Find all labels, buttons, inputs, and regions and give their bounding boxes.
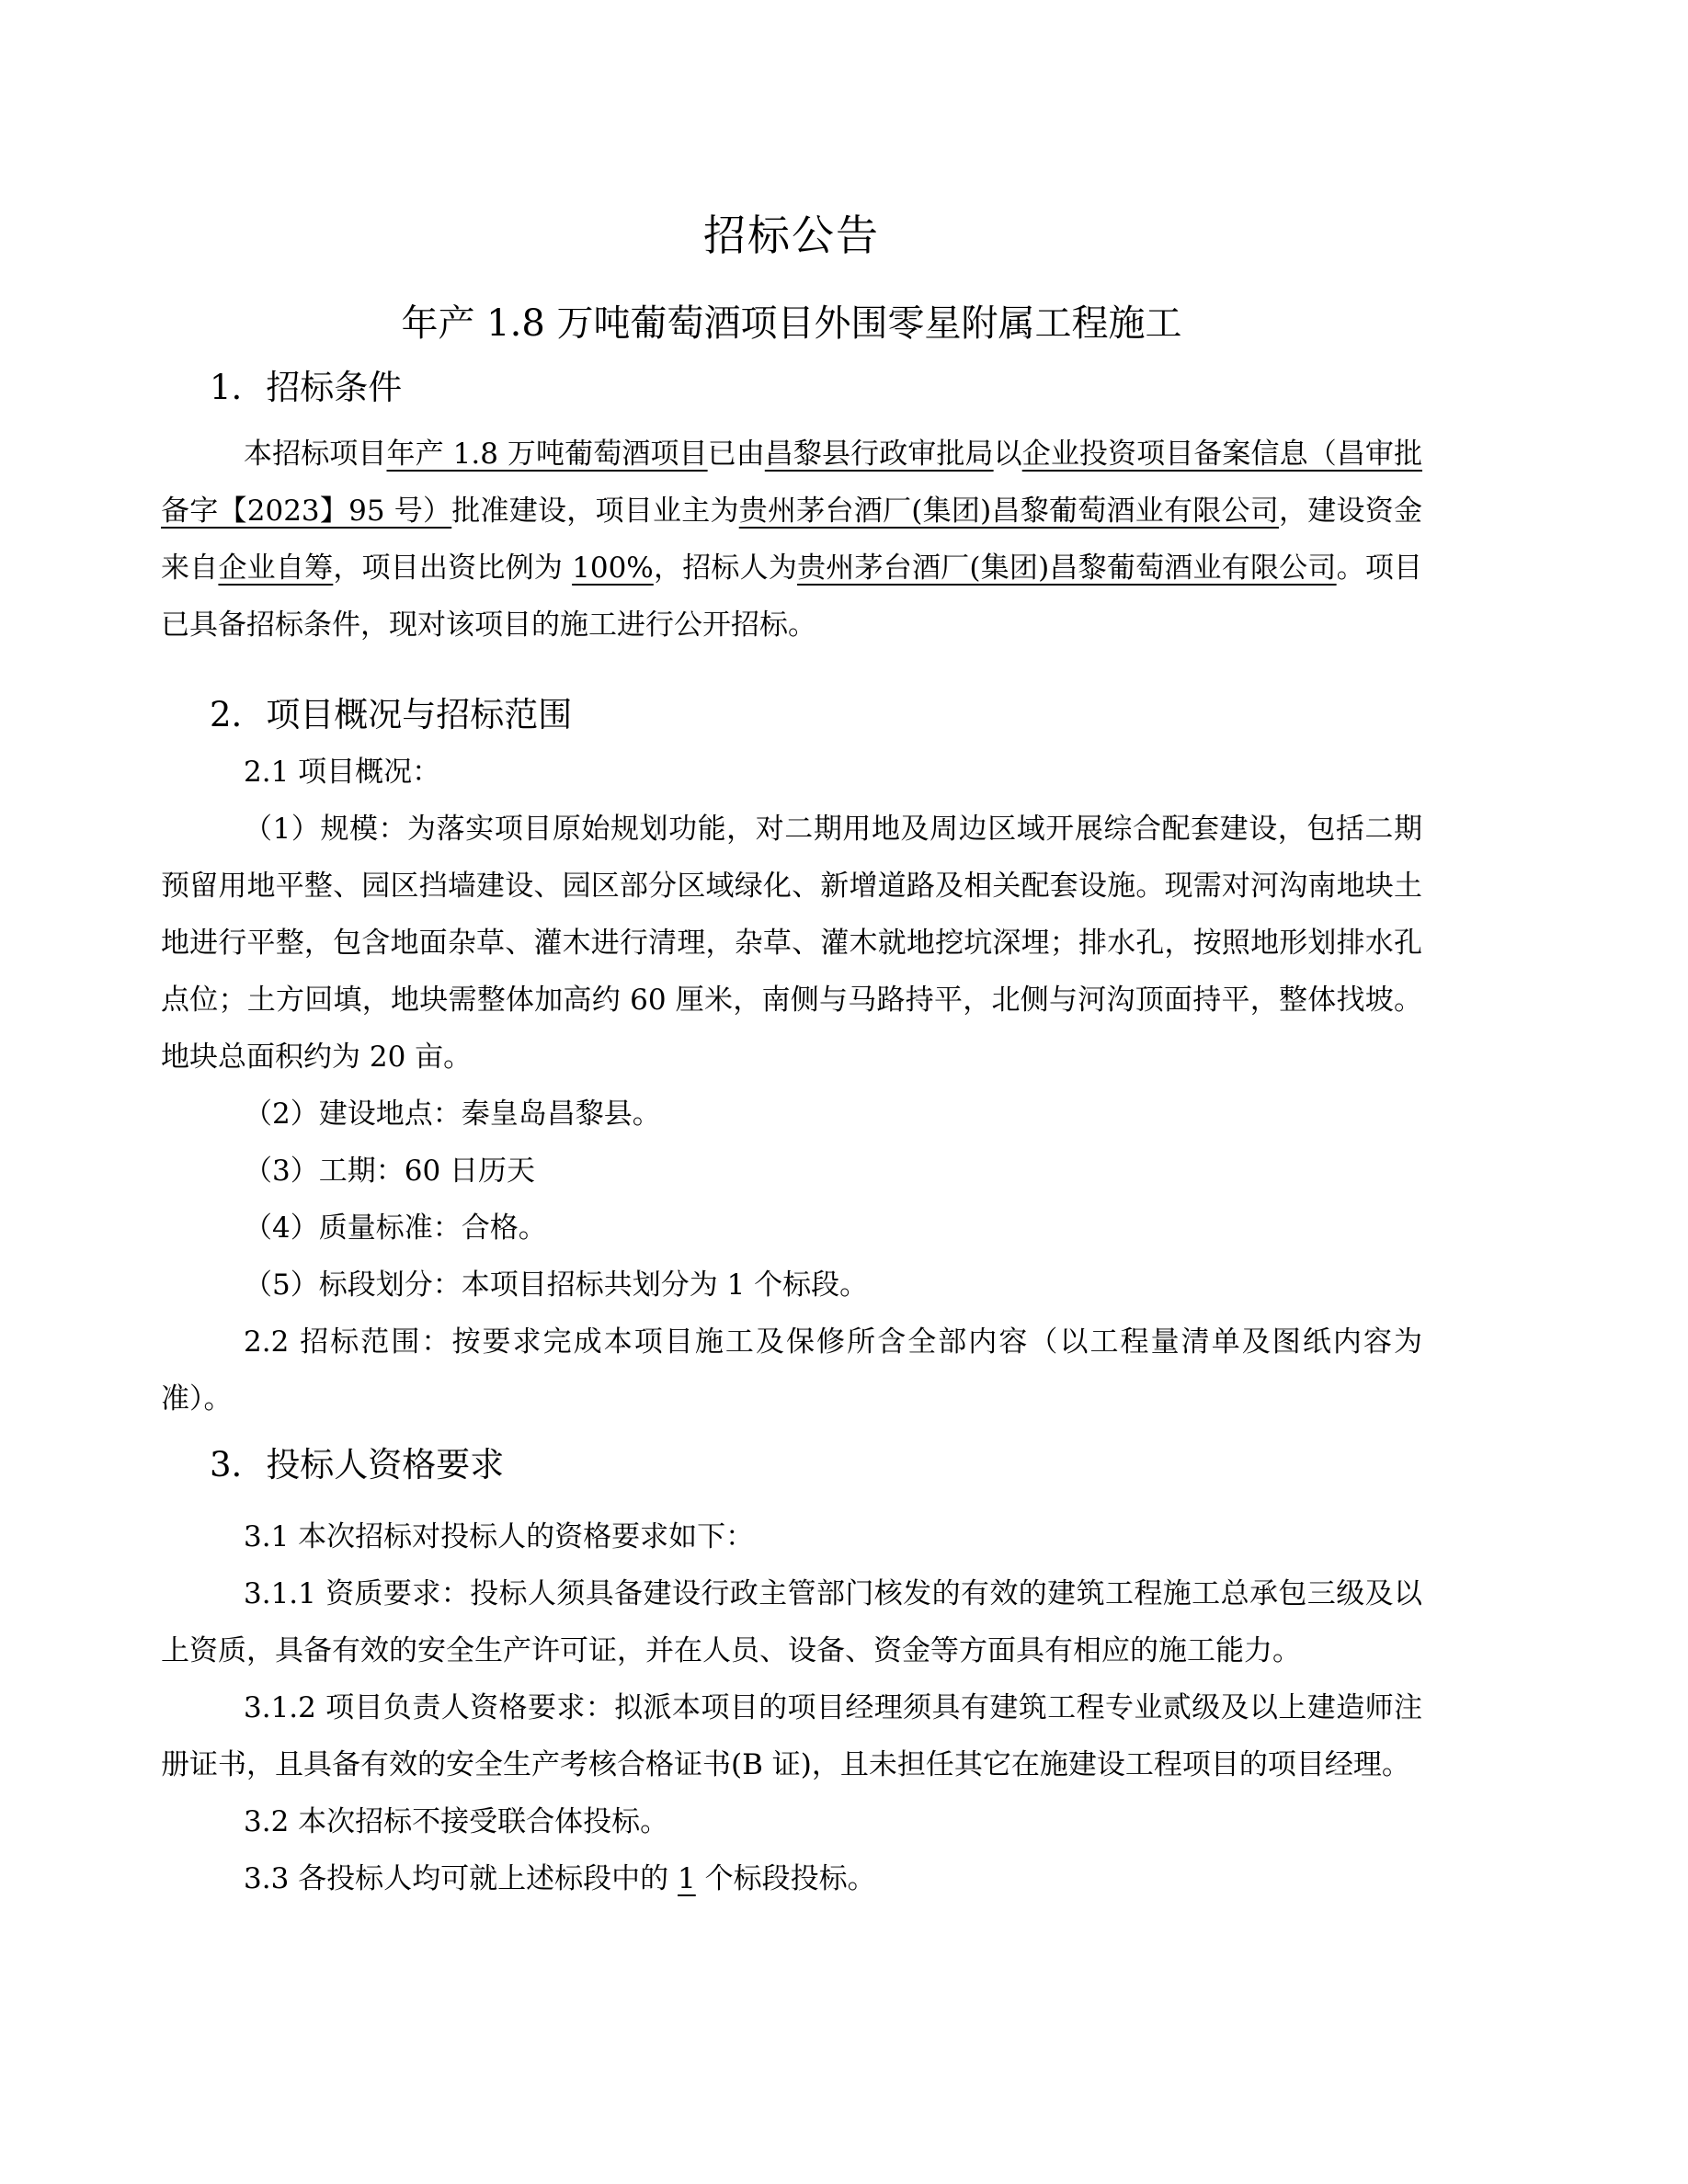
para-3-2-no-consortium: 3.2 本次招标不接受联合体投标。 [161, 1793, 1422, 1850]
para-2-1-overview-label: 2.1 项目概况： [161, 744, 1422, 801]
para-3-1-2-project-manager: 3.1.2 项目负责人资格要求：拟派本项目的项目经理须具有建筑工程专业贰级及以上… [161, 1679, 1422, 1793]
para-3-1-requirements-intro: 3.1 本次招标对投标人的资格要求如下： [161, 1508, 1422, 1565]
para-3-1-1-qualification: 3.1.1 资质要求：投标人须具备建设行政主管部门核发的有效的建筑工程施工总承包… [161, 1565, 1422, 1679]
section-2-heading: 2.项目概况与招标范围 [161, 687, 1422, 744]
section-1-title: 招标条件 [266, 368, 402, 407]
section-2-title: 项目概况与招标范围 [266, 695, 572, 734]
section-3-heading: 3.投标人资格要求 [161, 1437, 1422, 1494]
para-location: （2）建设地点：秦皇岛昌黎县。 [161, 1086, 1422, 1143]
para-3-3-bid-lots: 3.3 各投标人均可就上述标段中的 1 个标段投标。 [161, 1850, 1422, 1907]
document-page: 招标公告 年产 1.8 万吨葡萄酒项目外围零星附属工程施工 1.招标条件 本招标… [0, 0, 1688, 2184]
section-3-title: 投标人资格要求 [266, 1445, 504, 1484]
para-quality: （4）质量标准：合格。 [161, 1200, 1422, 1257]
para-duration: （3）工期：60 日历天 [161, 1143, 1422, 1200]
section-1-number: 1. [210, 359, 242, 416]
doc-subtitle: 年产 1.8 万吨葡萄酒项目外围零星附属工程施工 [161, 295, 1422, 352]
doc-title: 招标公告 [161, 207, 1422, 264]
para-lot-division: （5）标段划分：本项目招标共划分为 1 个标段。 [161, 1257, 1422, 1314]
para-tender-conditions: 本招标项目年产 1.8 万吨葡萄酒项目已由昌黎县行政审批局以企业投资项目备案信息… [161, 426, 1422, 654]
section-3-number: 3. [210, 1437, 242, 1494]
section-2-number: 2. [210, 687, 242, 744]
section-1-heading: 1.招标条件 [161, 359, 1422, 416]
para-2-2-scope: 2.2 招标范围：按要求完成本项目施工及保修所含全部内容（以工程量清单及图纸内容… [161, 1314, 1422, 1428]
para-scale: （1）规模：为落实项目原始规划功能，对二期用地及周边区域开展综合配套建设，包括二… [161, 801, 1422, 1086]
